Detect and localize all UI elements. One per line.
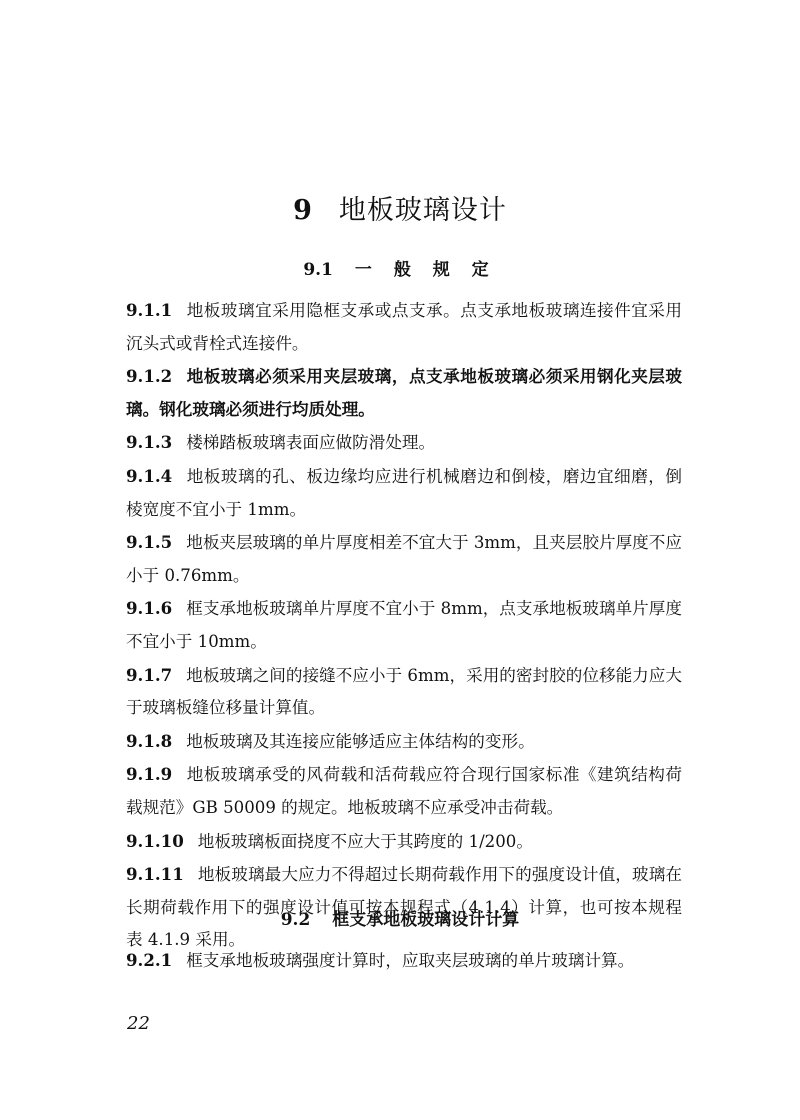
section-title-text: 框支承地板玻璃设计计算 bbox=[332, 910, 519, 930]
clause-9-1-5: 9.1.5地板夹层玻璃的单片厚度相差不宜大于 3mm，且夹层胶片厚度不应小于 0… bbox=[126, 526, 682, 592]
clause-text: 楼梯踏板玻璃表面应做防滑处理。 bbox=[186, 433, 435, 452]
clause-number: 9.2.1 bbox=[126, 950, 172, 970]
clause-text: 框支承地板玻璃强度计算时，应取夹层玻璃的单片玻璃计算。 bbox=[186, 951, 634, 970]
clause-number: 9.1.6 bbox=[126, 598, 172, 618]
clause-9-1-4: 9.1.4地板玻璃的孔、板边缘均应进行机械磨边和倒棱，磨边宜细磨，倒棱宽度不宜小… bbox=[126, 460, 682, 526]
clause-number: 9.1.5 bbox=[126, 532, 172, 552]
page-number: 22 bbox=[127, 1013, 150, 1034]
chapter-title-text: 地板玻璃设计 bbox=[339, 195, 507, 226]
clause-9-1-1: 9.1.1地板玻璃宜采用隐框支承或点支承。点支承地板玻璃连接件宜采用沉头式或背栓… bbox=[126, 294, 682, 360]
clause-number: 9.1.7 bbox=[126, 665, 172, 685]
section-9-1-body: 9.1.1地板玻璃宜采用隐框支承或点支承。点支承地板玻璃连接件宜采用沉头式或背栓… bbox=[126, 294, 682, 957]
document-page: 9地板玻璃设计 9.1一 般 规 定 9.1.1地板玻璃宜采用隐框支承或点支承。… bbox=[0, 0, 800, 1120]
clause-number: 9.1.1 bbox=[126, 300, 172, 320]
clause-9-1-2: 9.1.2地板玻璃必须采用夹层玻璃，点支承地板玻璃必须采用钢化夹层玻璃。钢化玻璃… bbox=[126, 360, 682, 426]
clause-text: 地板玻璃之间的接缝不应小于 6mm，采用的密封胶的位移能力应大于玻璃板缝位移量计… bbox=[126, 666, 682, 718]
clause-number: 9.1.2 bbox=[126, 366, 172, 386]
clause-text: 地板夹层玻璃的单片厚度相差不宜大于 3mm，且夹层胶片厚度不应小于 0.76mm… bbox=[126, 533, 682, 585]
chapter-title: 9地板玻璃设计 bbox=[0, 188, 800, 227]
clause-text: 地板玻璃必须采用夹层玻璃，点支承地板玻璃必须采用钢化夹层玻璃。钢化玻璃必须进行均… bbox=[126, 367, 682, 419]
clause-9-2-1: 9.2.1框支承地板玻璃强度计算时，应取夹层玻璃的单片玻璃计算。 bbox=[126, 944, 682, 978]
clause-9-1-8: 9.1.8地板玻璃及其连接应能够适应主体结构的变形。 bbox=[126, 725, 682, 759]
section-number: 9.1 bbox=[303, 260, 333, 280]
clause-number: 9.1.9 bbox=[126, 764, 172, 784]
clause-9-1-10: 9.1.10地板玻璃板面挠度不应大于其跨度的 1/200。 bbox=[126, 825, 682, 859]
clause-number: 9.1.11 bbox=[126, 864, 184, 884]
clause-9-1-9: 9.1.9地板玻璃承受的风荷载和活荷载应符合现行国家标准《建筑结构荷载规范》GB… bbox=[126, 758, 682, 824]
clause-9-1-7: 9.1.7地板玻璃之间的接缝不应小于 6mm，采用的密封胶的位移能力应大于玻璃板… bbox=[126, 659, 682, 725]
clause-number: 9.1.10 bbox=[126, 831, 184, 851]
clause-text: 地板玻璃的孔、板边缘均应进行机械磨边和倒棱，磨边宜细磨，倒棱宽度不宜小于 1mm… bbox=[126, 467, 682, 519]
clause-number: 9.1.3 bbox=[126, 432, 172, 452]
clause-text: 地板玻璃及其连接应能够适应主体结构的变形。 bbox=[186, 732, 534, 751]
clause-text: 框支承地板玻璃单片厚度不宜小于 8mm，点支承地板玻璃单片厚度不宜小于 10mm… bbox=[126, 599, 682, 651]
clause-9-1-6: 9.1.6框支承地板玻璃单片厚度不宜小于 8mm，点支承地板玻璃单片厚度不宜小于… bbox=[126, 592, 682, 658]
section-9-2-body: 9.2.1框支承地板玻璃强度计算时，应取夹层玻璃的单片玻璃计算。 bbox=[126, 944, 682, 978]
section-number: 9.2 bbox=[281, 910, 311, 930]
clause-text: 地板玻璃宜采用隐框支承或点支承。点支承地板玻璃连接件宜采用沉头式或背栓式连接件。 bbox=[126, 301, 682, 353]
section-title-text: 一 般 规 定 bbox=[355, 260, 497, 280]
section-heading-9-1: 9.1一 般 规 定 bbox=[0, 255, 800, 280]
clause-text: 地板玻璃承受的风荷载和活荷载应符合现行国家标准《建筑结构荷载规范》GB 5000… bbox=[126, 765, 682, 817]
clause-text: 地板玻璃板面挠度不应大于其跨度的 1/200。 bbox=[198, 832, 533, 851]
chapter-number: 9 bbox=[293, 195, 313, 226]
clause-number: 9.1.4 bbox=[126, 466, 172, 486]
clause-9-1-3: 9.1.3楼梯踏板玻璃表面应做防滑处理。 bbox=[126, 426, 682, 460]
clause-number: 9.1.8 bbox=[126, 731, 172, 751]
section-heading-9-2: 9.2框支承地板玻璃设计计算 bbox=[0, 905, 800, 930]
